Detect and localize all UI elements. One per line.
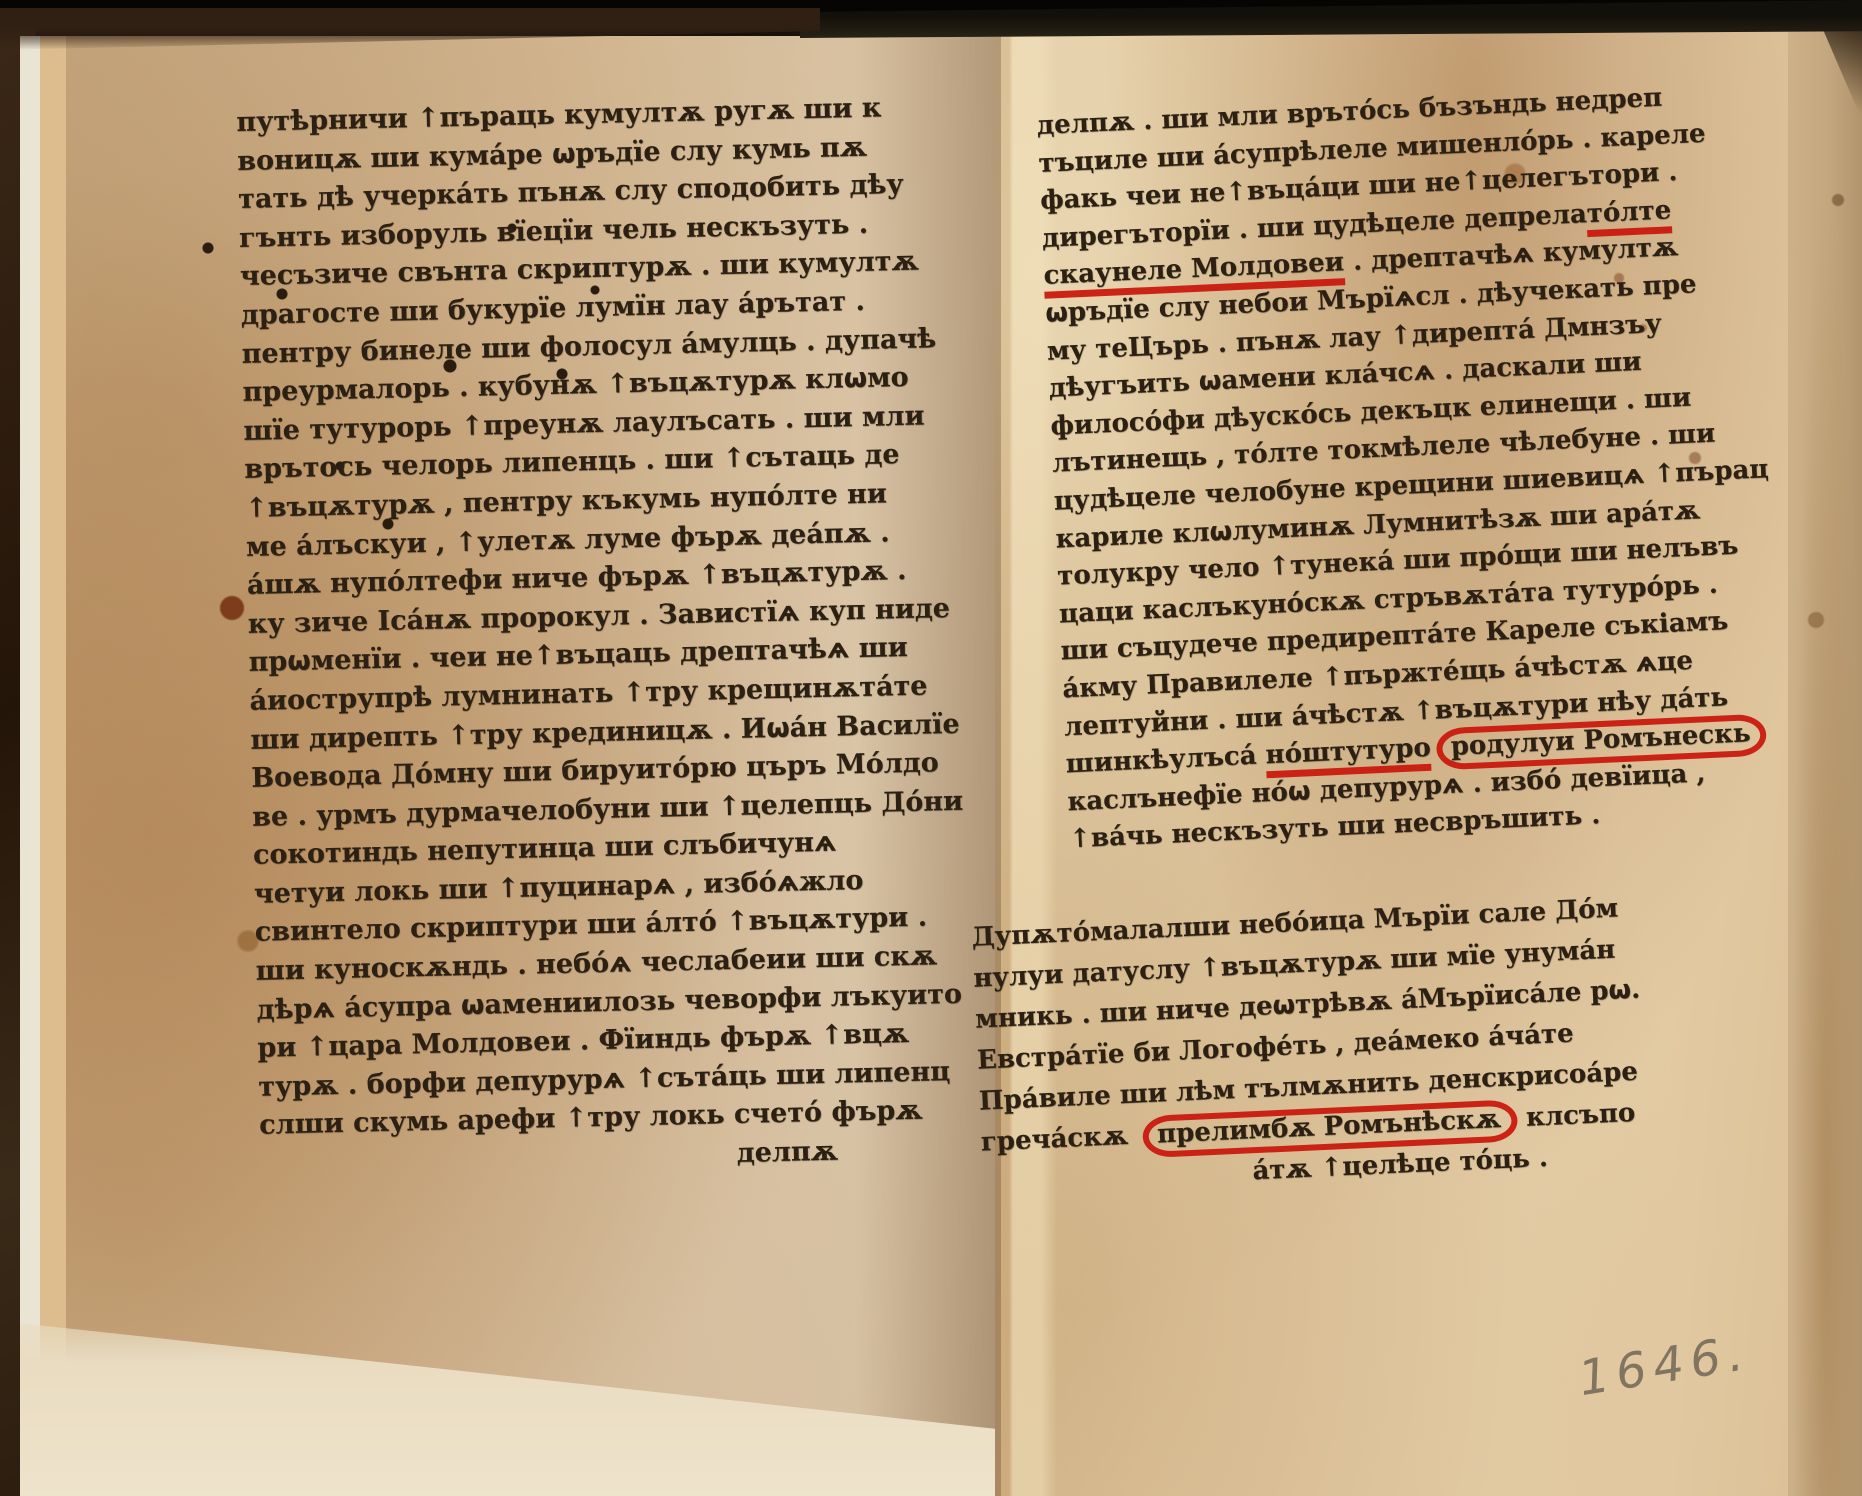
under-leaf-edge (20, 1256, 995, 1496)
page-block-right-edge (1786, 0, 1862, 1496)
text-segment: клсъпо (1516, 1098, 1636, 1133)
right-page-text: делпѫ . ши мли врътóсь бъзъндь недреп тъ… (1036, 84, 1621, 1200)
text-segment: гречáскѫ (980, 1120, 1138, 1157)
text-segment: áтѫ ↑целѣце тóць . (1252, 1143, 1549, 1186)
old-book-photo: путѣрничи ↑пъраць кумултѫ ругѫ ши к вони… (0, 0, 1862, 1496)
red-underline-annotation: тóлте (1586, 195, 1672, 237)
left-page-text: путѣрничи ↑пъраць кумултѫ ругѫ ши к вони… (236, 90, 866, 1184)
text-segment: шинкѣулъсá (1065, 740, 1266, 779)
